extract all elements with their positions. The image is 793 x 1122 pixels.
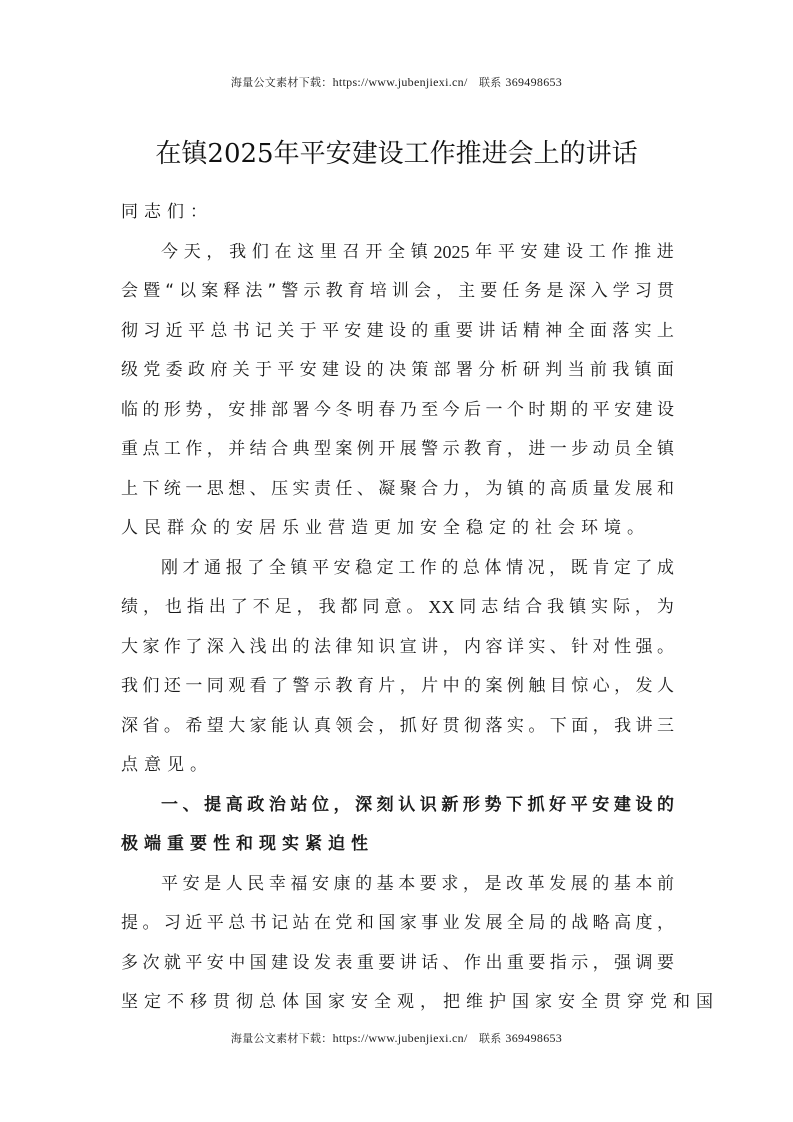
section-heading-line: 极端重要性和现实紧迫性 [121, 825, 674, 865]
body-text-line: 会暨“以案释法”警示教育培训会，主要任务是深入学习贯 [121, 272, 674, 312]
body-text-line: 人民群众的安居乐业营造更加安全稳定的社会环境。 [121, 509, 674, 549]
document-body: 同志们：今天，我们在这里召开全镇2025年平安建设工作推进会暨“以案释法”警示教… [121, 193, 674, 1023]
header-label: 海量公文素材下载： [231, 76, 333, 89]
document-title: 在镇2025年平安建设工作推进会上的讲话 [0, 136, 793, 172]
body-text-line: 临的形势，安排部署今冬明春乃至今后一个时期的平安建设 [121, 391, 674, 431]
footer-label: 海量公文素材下载： [231, 1032, 333, 1045]
body-text-line: 今天，我们在这里召开全镇2025年平安建设工作推进 [121, 233, 674, 273]
body-text-line: 深省。希望大家能认真领会，抓好贯彻落实。下面，我讲三 [121, 707, 674, 747]
header-url-link[interactable]: https://www.jubenjiexi.cn/ [333, 75, 468, 89]
body-text-line: 坚定不移贯彻总体国家安全观，把维护国家安全贯穿党和国 [121, 983, 674, 1023]
body-text-line: 点意见。 [121, 746, 674, 786]
body-text-line: 级党委政府关于平安建设的决策部署分析研判当前我镇面 [121, 351, 674, 391]
header-banner: 海量公文素材下载：https://www.jubenjiexi.cn/ 联系 3… [0, 74, 793, 90]
body-text-line: 多次就平安中国建设发表重要讲话、作出重要指示，强调要 [121, 944, 674, 984]
salutation: 同志们： [121, 193, 674, 233]
body-text-line: 大家作了深入浅出的法律知识宣讲，内容详实、针对性强。 [121, 628, 674, 668]
body-text-line: 彻习近平总书记关于平安建设的重要讲话精神全面落实上 [121, 312, 674, 352]
body-text-line: 平安是人民幸福安康的基本要求，是改革发展的基本前 [121, 865, 674, 905]
body-text-line: 刚才通报了全镇平安稳定工作的总体情况，既肯定了成 [121, 549, 674, 589]
header-contact-label: 联系 [479, 76, 502, 89]
header-contact-number: 369498653 [505, 75, 562, 89]
footer-contact-number: 369498653 [505, 1031, 562, 1045]
document-page: 海量公文素材下载：https://www.jubenjiexi.cn/ 联系 3… [0, 0, 793, 1122]
body-text-line: 上下统一思想、压实责任、凝聚合力，为镇的高质量发展和 [121, 470, 674, 510]
body-text-line: 重点工作，并结合典型案例开展警示教育，进一步动员全镇 [121, 430, 674, 470]
section-heading-line: 一、提高政治站位，深刻认识新形势下抓好平安建设的 [121, 786, 674, 826]
footer-contact-label: 联系 [479, 1032, 502, 1045]
body-text-line: 我们还一同观看了警示教育片，片中的案例触目惊心，发人 [121, 667, 674, 707]
footer-url-link[interactable]: https://www.jubenjiexi.cn/ [333, 1031, 468, 1045]
body-text-line: 绩，也指出了不足，我都同意。XX同志结合我镇实际，为 [121, 588, 674, 628]
body-text-line: 提。习近平总书记站在党和国家事业发展全局的战略高度， [121, 904, 674, 944]
footer-banner: 海量公文素材下载：https://www.jubenjiexi.cn/ 联系 3… [0, 1030, 793, 1046]
